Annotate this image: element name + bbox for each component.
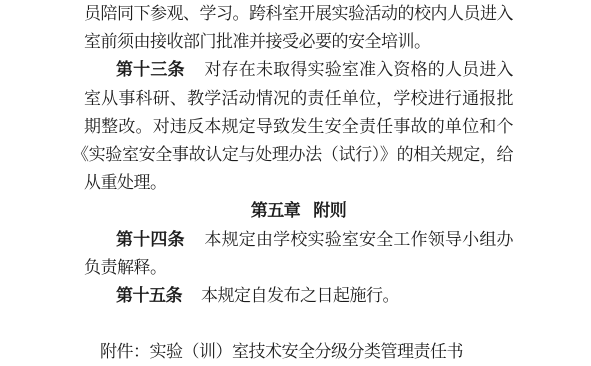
article-14-line: 第十四条本规定由学校实验室安全工作领导小组办公室 [84, 226, 513, 254]
text-line: 室从事科研、教学活动情况的责任单位，学校进行通报批评，限 [84, 85, 513, 113]
article-15-line: 第十五条本规定自发布之日起施行。 [84, 282, 513, 310]
text-line: 从重处理。 [84, 169, 513, 197]
chapter-number: 第五章 [251, 201, 301, 220]
article-number: 第十三条 [116, 60, 185, 79]
text-line: 《实验室安全事故认定与处理办法（试行）》的相关规定，给予 [72, 141, 513, 169]
text-line: 负责解释。 [84, 254, 513, 282]
text-line: 期整改。对违反本规定导致发生安全责任事故的单位和个人，按 [84, 113, 513, 141]
chapter-heading: 第五章附则 [84, 197, 513, 225]
article-number: 第十五条 [116, 286, 182, 305]
blank-line [84, 310, 513, 338]
text-line: 室前须由接收部门批准并接受必要的安全培训。 [84, 28, 513, 56]
article-number: 第十四条 [116, 230, 185, 249]
text-column: 员陪同下参观、学习。跨科室开展实验活动的校内人员进入实验 室前须由接收部门批准并… [84, 0, 513, 366]
article-text: 本规定自发布之日起施行。 [201, 286, 399, 305]
attachment-line: 附件：实验（训）室技术安全分级分类管理责任书 [84, 338, 513, 366]
document-page: 员陪同下参观、学习。跨科室开展实验活动的校内人员进入实验 室前须由接收部门批准并… [0, 0, 591, 366]
chapter-title: 附则 [313, 201, 346, 220]
article-13-line: 第十三条对存在未取得实验室准入资格的人员进入实验 [84, 56, 513, 84]
text-line: 员陪同下参观、学习。跨科室开展实验活动的校内人员进入实验 [84, 0, 513, 28]
